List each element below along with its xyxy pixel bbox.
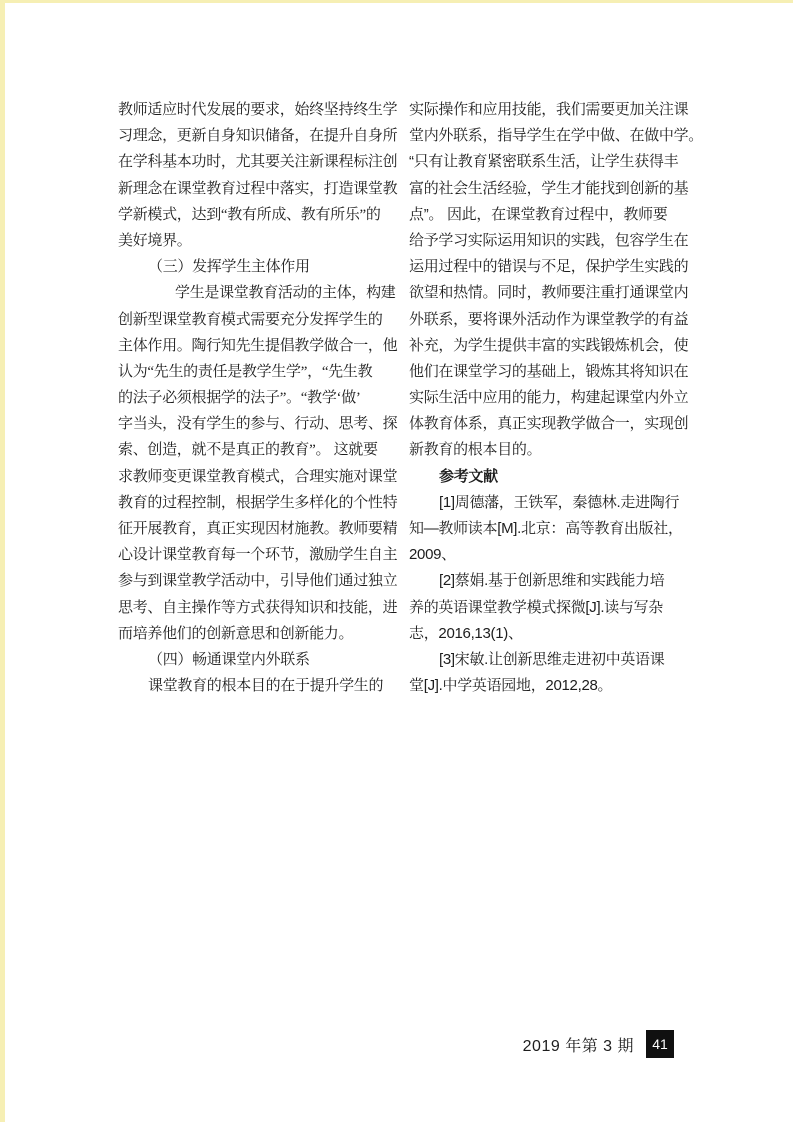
text-line: 实际操作和应用技能，我们需要更加关注课 <box>409 97 701 123</box>
text-line: 点”。 因此，在课堂教育过程中，教师要 <box>409 202 701 228</box>
text-line: 心设计课堂教育每一个环节，激励学生自主 <box>118 542 396 568</box>
subheading-section-4: （四）畅通课堂内外联系 <box>118 647 396 673</box>
text-line: 学新模式，达到“教有所成、教有所乐”的 <box>118 202 396 228</box>
document-page: 教师适应时代发展的要求，始终坚持终生学 习理念，更新自身知识储备，在提升自身所 … <box>0 0 793 1122</box>
text-line: 外联系，要将课外活动作为课堂教学的有益 <box>409 307 701 333</box>
text-line: 学生是课堂教育活动的主体，构建 <box>118 280 396 306</box>
text-line: 堂内外联系，指导学生在学中做、在做中学。 <box>409 123 701 149</box>
text-line: 主体作用。陶行知先生提倡教学做合一，他 <box>118 333 396 359</box>
text-line: 体教育体系，真正实现教学做合一，实现创 <box>409 411 701 437</box>
page-number-badge: 41 <box>646 1030 674 1058</box>
references-heading: 参考文献 <box>409 464 701 490</box>
text-line: 欲望和热情。同时，教师要注重打通课堂内 <box>409 280 701 306</box>
reference-line: 养的英语课堂教学模式探微[J].读与写杂 <box>409 595 701 621</box>
text-line: 实际生活中应用的能力，构建起课堂内外立 <box>409 385 701 411</box>
text-line: 参与到课堂教学活动中，引导他们通过独立 <box>118 568 396 594</box>
text-line: 课堂教育的根本目的在于提升学生的 <box>118 673 396 699</box>
text-line: 而培养他们的创新意思和创新能力。 <box>118 621 396 647</box>
text-line: 教师适应时代发展的要求，始终坚持终生学 <box>118 97 396 123</box>
text-line: 求教师变更课堂教育模式，合理实施对课堂 <box>118 464 396 490</box>
text-line: 认为“先生的责任是教学生学”，“先生教 <box>118 359 396 385</box>
text-line: 补充，为学生提供丰富的实践锻炼机会，使 <box>409 333 701 359</box>
text-line: 索、创造，就不是真正的教育”。 这就要 <box>118 437 396 463</box>
text-line: “只有让教育紧密联系生活，让学生获得丰 <box>409 149 701 175</box>
text-line: 美好境界。 <box>118 228 396 254</box>
reference-line: 堂[J].中学英语园地，2012,28。 <box>409 673 701 699</box>
scan-edge-left <box>0 0 5 1122</box>
text-line: 习理念，更新自身知识储备，在提升自身所 <box>118 123 396 149</box>
reference-line: 志，2016,13(1)、 <box>409 621 701 647</box>
right-column: 实际操作和应用技能，我们需要更加关注课 堂内外联系，指导学生在学中做、在做中学。… <box>409 97 701 699</box>
text-line: 思考、自主操作等方式获得知识和技能，进 <box>118 595 396 621</box>
issue-label: 2019 年第 3 期 <box>523 1033 634 1056</box>
reference-line: [3]宋敏.让创新思维走进初中英语课 <box>409 647 701 673</box>
reference-line: 知—教师读本[M].北京：高等教育出版社， <box>409 516 701 542</box>
reference-line: [1]周德藩，王铁军，秦德林.走进陶行 <box>409 490 701 516</box>
text-line: 的法子必须根据学的法子”。“教学‘做’ <box>118 385 396 411</box>
text-line: 教育的过程控制，根据学生多样化的个性特 <box>118 490 396 516</box>
text-line: 他们在课堂学习的基础上，锻炼其将知识在 <box>409 359 701 385</box>
text-line: 富的社会生活经验，学生才能找到创新的基 <box>409 176 701 202</box>
text-line: 运用过程中的错误与不足，保护学生实践的 <box>409 254 701 280</box>
scan-edge-top <box>0 0 793 3</box>
text-line: 字当头，没有学生的参与、行动、思考、探 <box>118 411 396 437</box>
page-footer: 2019 年第 3 期 41 <box>523 1030 674 1058</box>
reference-line: 2009、 <box>409 542 701 568</box>
text-line: 在学科基本功时，尤其要关注新课程标注创 <box>118 149 396 175</box>
text-line: 新理念在课堂教育过程中落实，打造课堂教 <box>118 176 396 202</box>
reference-line: [2]蔡娟.基于创新思维和实践能力培 <box>409 568 701 594</box>
text-line: 创新型课堂教育模式需要充分发挥学生的 <box>118 307 396 333</box>
text-line: 新教育的根本目的。 <box>409 437 701 463</box>
text-line: 征开展教育，真正实现因材施教。教师要精 <box>118 516 396 542</box>
text-line: 给予学习实际运用知识的实践，包容学生在 <box>409 228 701 254</box>
left-column: 教师适应时代发展的要求，始终坚持终生学 习理念，更新自身知识储备，在提升自身所 … <box>118 97 396 699</box>
subheading-section-3: （三）发挥学生主体作用 <box>118 254 396 280</box>
